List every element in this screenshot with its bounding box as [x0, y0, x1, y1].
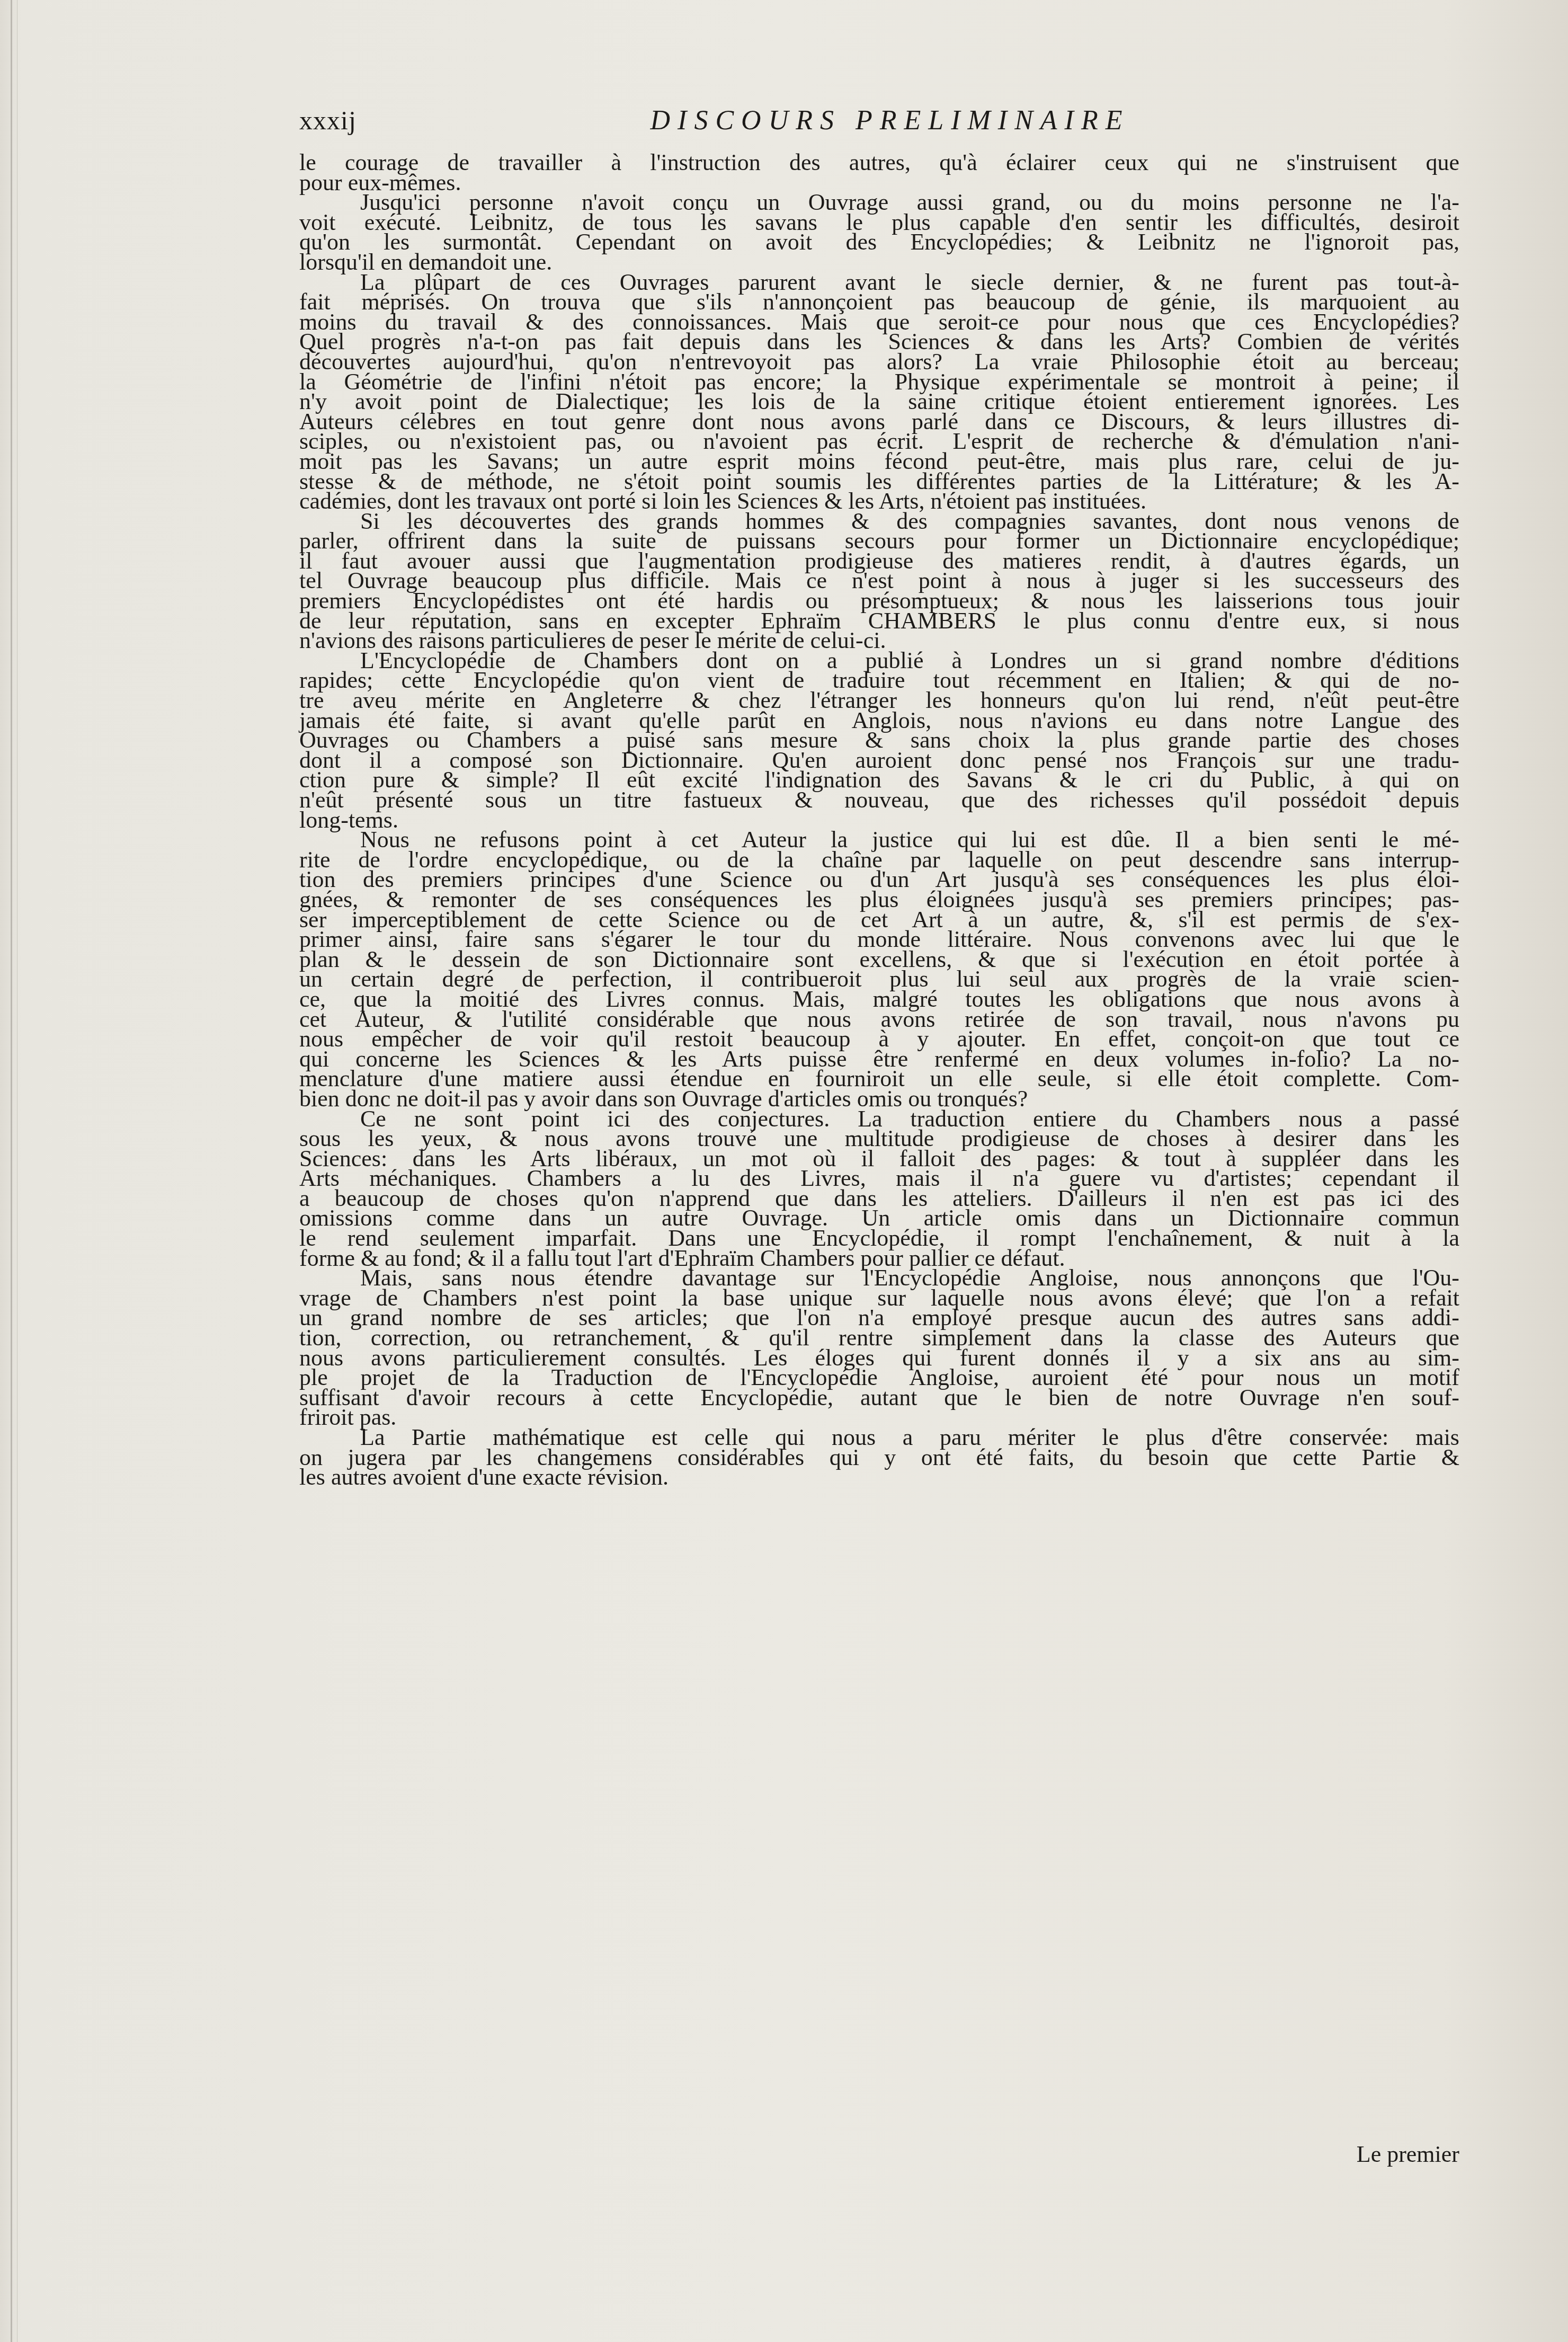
page-header: xxxij DISCOURS PRELIMINAIRE: [299, 105, 1459, 142]
page-edge-line: [17, 0, 17, 2342]
text-line: suffisant d'avoir recours à cette Encycl…: [299, 1388, 1459, 1408]
text-line: n'eût présenté sous un titre fastueux & …: [299, 790, 1459, 810]
catchword: Le premier: [1357, 2141, 1459, 2168]
body-text: le courage de travailler à l'instruction…: [299, 153, 1459, 1487]
running-head: DISCOURS PRELIMINAIRE: [299, 105, 1459, 136]
text-line: le courage de travailler à l'instruction…: [299, 153, 1459, 173]
text-line: les autres avoient d'une exacte révision…: [299, 1467, 1459, 1487]
page-edge-shadow: [11, 0, 12, 2342]
